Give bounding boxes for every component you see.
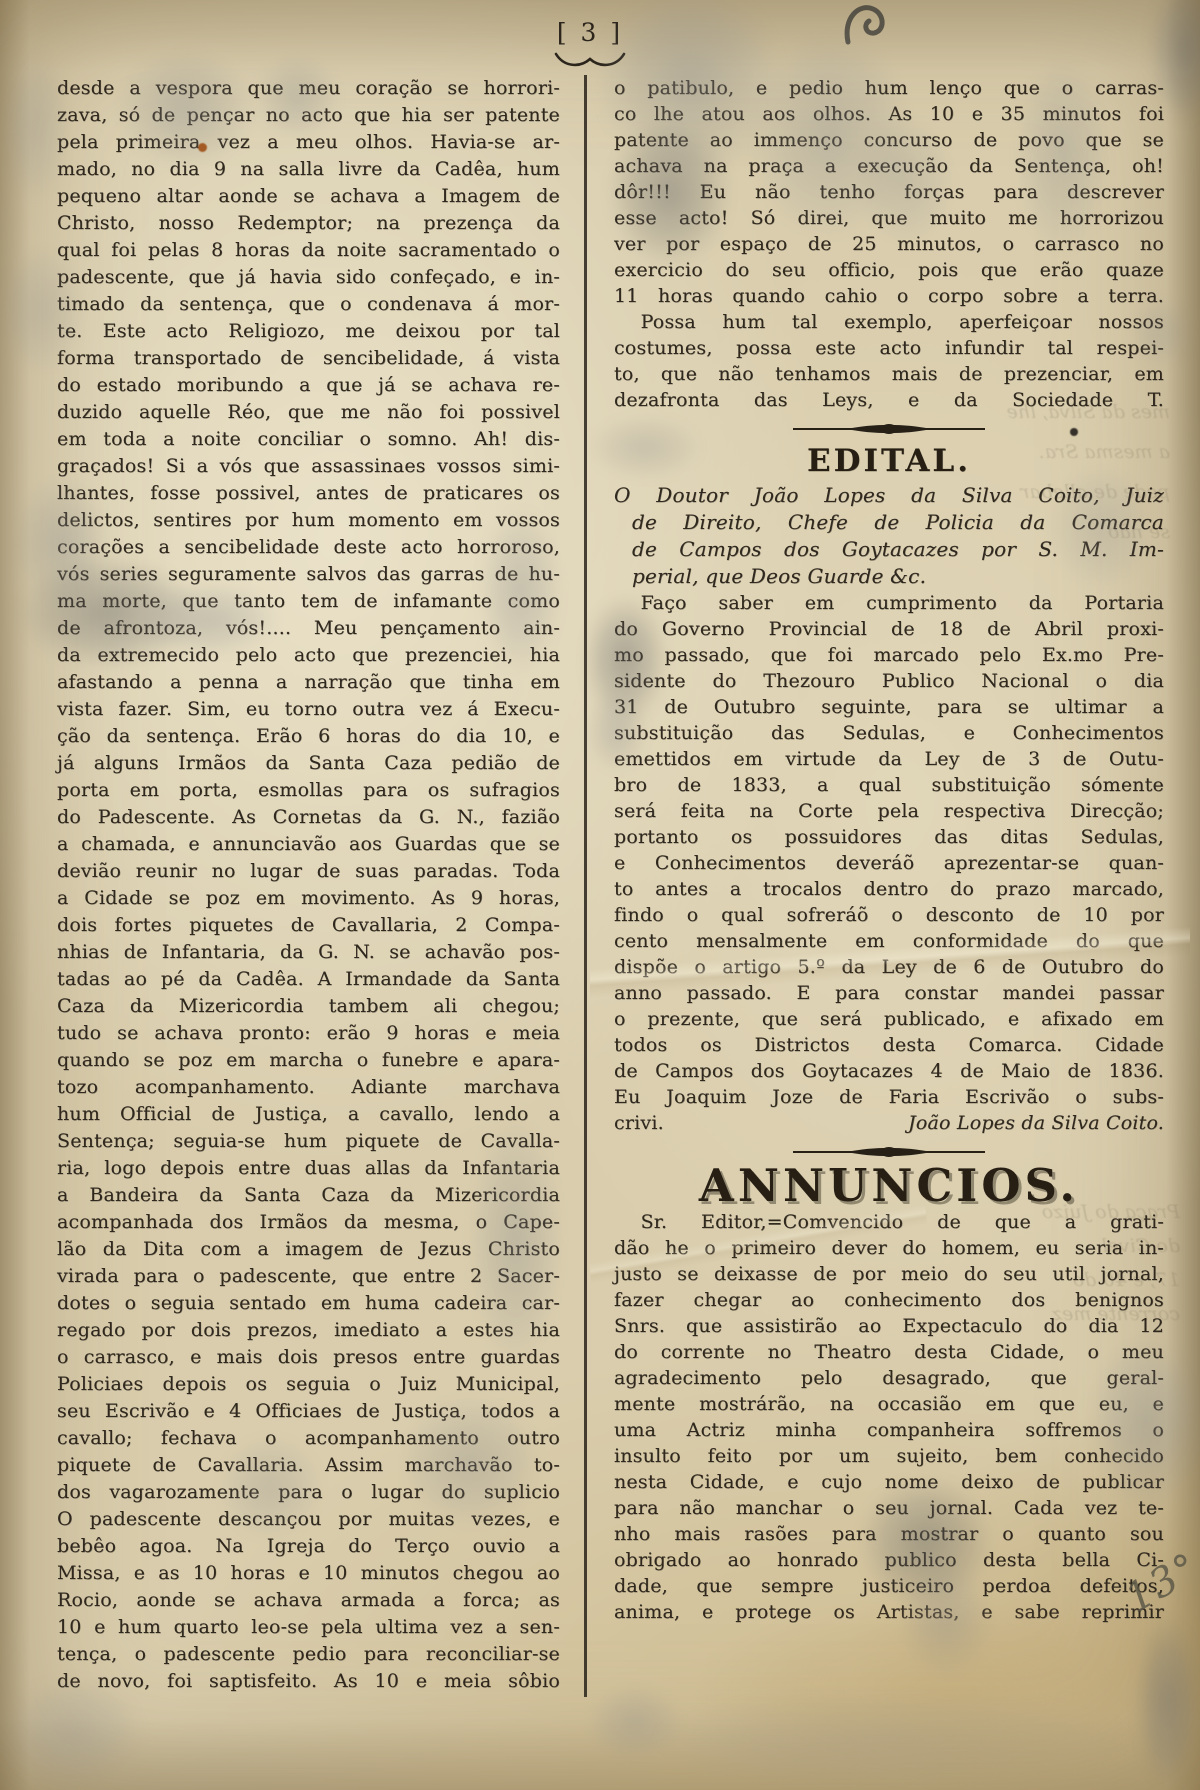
text-line: hum Official de Justiça, a cavallo, lend… (57, 1101, 560, 1128)
text-line: pela primeira vez a meu olhos. Havia-se … (57, 129, 560, 156)
text-line: cavallo; fechava o acompanhamento outro (57, 1425, 560, 1452)
heading-edital: EDITAL. (614, 448, 1164, 474)
text-line: nesta Cidade, e cujo nome deixo de publi… (614, 1469, 1164, 1495)
text-line: lhantes, fosse possivel, antes de pratic… (57, 480, 560, 507)
text-line: fazer chegar ao conhecimento dos benigno… (614, 1287, 1164, 1313)
text-line: agradecimento pelo desagrado, que geral- (614, 1365, 1164, 1391)
text-line: desde a vespora que meu coração se horro… (57, 75, 560, 102)
text-line: para não manchar o seu jornal. Cada vez … (614, 1495, 1164, 1521)
text-line: regado por dois prezos, imediato a estes… (57, 1317, 560, 1344)
text-line: duzido aquelle Réo, que me não foi possi… (57, 399, 560, 426)
text-line: substituição das Sedulas, e Conhecimento… (614, 720, 1164, 746)
text-line: corações a sencibelidade deste acto horr… (57, 534, 560, 561)
text-line: a Bandeira da Santa Caza da Mizericordia (57, 1182, 560, 1209)
text-line: dôr!!! Eu não tenho forças para descreve… (614, 179, 1164, 205)
text-line: do Padescente. As Cornetas da G. N., faz… (57, 804, 560, 831)
text-line: graçados! Si a vós que assassinaes vosso… (57, 453, 560, 480)
signature: João Lopes da Silva Coito. (908, 1110, 1164, 1136)
text-line: Sr. Editor,=Comvencido de que a grati- (614, 1209, 1164, 1235)
text-line: dezafronta das Leys, e da Sociedade T. (614, 387, 1164, 413)
text-line: findo o qual sofreráõ o desconto de 10 p… (614, 902, 1164, 928)
text-line: dade, que sempre justiceiro perdoa defei… (614, 1573, 1164, 1599)
text-line: forma transportado de sencibelidade, á v… (57, 345, 560, 372)
text-line: seu Escrivão e 4 Officiaes de Justiça, t… (57, 1398, 560, 1425)
text-line: ria, logo depois entre duas allas da Inf… (57, 1155, 560, 1182)
text-line: a chamada, e annunciavão aos Guardas que… (57, 831, 560, 858)
text-line: perial, que Deos Guarde &c. (614, 563, 1164, 590)
text-line: 31 de Outubro seguinte, para se ultimar … (614, 694, 1164, 720)
text-line: Eu Joaquim Joze de Faria Escrivão o subs… (614, 1084, 1164, 1110)
text-line: to, que não tenhamos mais de prezenciar,… (614, 361, 1164, 387)
paragraph: Faço saber em cumprimento da Portariado … (614, 590, 1164, 1136)
text-line: de Direito, Chefe de Policia da Comarca (614, 509, 1164, 536)
section-divider-ornament (789, 422, 989, 436)
text-line: e Conhecimentos deveráõ aprezentar-se qu… (614, 850, 1164, 876)
paragraph: O Doutor João Lopes da Silva Coito, Juiz… (614, 482, 1164, 590)
text-line: lão da Dita com a imagem de Jezus Christ… (57, 1236, 560, 1263)
ink-spot (1070, 428, 1078, 436)
stain (648, 1688, 1138, 1788)
heading-annuncios: ANNUNCIOS. (614, 1173, 1164, 1199)
text-line: do Governo Provincial de 18 de Abril pro… (614, 616, 1164, 642)
paragraph: o patibulo, e pedio hum lenço que o carr… (614, 75, 1164, 309)
text-line: Rocio, aonde se achava armada a forca; a… (57, 1587, 560, 1614)
text-line: zava, só de pençar no acto que hia ser p… (57, 102, 560, 129)
text-line: todos os Districtos desta Comarca. Cidad… (614, 1032, 1164, 1058)
text-line: a Cidade se poz em movimento. As 9 horas… (57, 885, 560, 912)
text-line: exercicio do seu officio, pois que erão … (614, 257, 1164, 283)
text-line: ma morte, que tanto tem de infamante com… (57, 588, 560, 615)
text-line: esse acto! Só direi, que muito me horror… (614, 205, 1164, 231)
text-line: 11 horas quando cahio o corpo sobre a te… (614, 283, 1164, 309)
text-line: portanto os possuidores das ditas Sedula… (614, 824, 1164, 850)
text-line: vós series seguramente salvos das garras… (57, 561, 560, 588)
text-line: de Campos dos Goytacazes por S. M. Im- (614, 536, 1164, 563)
text-line: dois fortes piquetes de Cavallaria, 2 Co… (57, 912, 560, 939)
text-line: Christo, nosso Redemptor; na prezença da (57, 210, 560, 237)
text-line: cento mensalmente em conformidade do que (614, 928, 1164, 954)
text-line: bro de 1833, a qual substituição sómente (614, 772, 1164, 798)
text-line: de novo, foi saptisfeito. As 10 e meia s… (57, 1668, 560, 1695)
text-line: nhias de Infantaria, da G. N. se achavão… (57, 939, 560, 966)
text-line: dos vagarozamente para o lugar do suplic… (57, 1479, 560, 1506)
text-line: uma Actriz minha companheira soffremos o (614, 1417, 1164, 1443)
column-divider-rule (584, 75, 587, 1697)
text-line: nho mais rasões para mostrar o quanto so… (614, 1521, 1164, 1547)
section-divider-ornament (789, 1145, 989, 1159)
text-line: da extremecido pelo acto que prezenciei,… (57, 642, 560, 669)
text-line: acompanhada dos Irmãos da mesma, o Cape- (57, 1209, 560, 1236)
text-line: do corrente no Theatro desta Cidade, o m… (614, 1339, 1164, 1365)
text-line: Policiaes depois os seguia o Juiz Munici… (57, 1371, 560, 1398)
text-line: já alguns Irmãos da Santa Caza pedião de (57, 750, 560, 777)
text-line: emettidos em virtude da Ley de 3 de Outu… (614, 746, 1164, 772)
left-column: desde a vespora que meu coração se horro… (57, 75, 560, 1695)
text-fragment: crivi. (614, 1110, 664, 1136)
text-line: tença, o padescente pedio para reconcili… (57, 1641, 560, 1668)
text-line: pequeno altar aonde se achava a Imagem d… (57, 183, 560, 210)
text-line: mente mostrárão, na occasião em que eu, … (614, 1391, 1164, 1417)
text-line: vista fazer. Sim, eu torno outra vez á E… (57, 696, 560, 723)
text-line: anno passado. E para constar mandei pass… (614, 980, 1164, 1006)
text-line: to antes a trocalos dentro do prazo marc… (614, 876, 1164, 902)
text-line: obrigado ao honrado publico desta bella … (614, 1547, 1164, 1573)
text-line: bebêo agoa. Na Igreja do Terço ouvio a (57, 1533, 560, 1560)
ink-squiggle (840, 0, 910, 48)
text-line: o carrasco, e mais dois presos entre gua… (57, 1344, 560, 1371)
text-line: te. Este acto Religiozo, me deixou por t… (57, 318, 560, 345)
text-line: dão he o primeiro dever do homem, eu ser… (614, 1235, 1164, 1261)
text-line: tudo se achava pronto: erão 9 horas e me… (57, 1020, 560, 1047)
text-line: mo passado, que foi marcado pelo Ex.mo P… (614, 642, 1164, 668)
text-line: tadas ao pé da Cadêa. A Irmandade da San… (57, 966, 560, 993)
newspaper-page: mes da Silva, lhea mesma Sra.pede de all… (0, 0, 1200, 1790)
text-line: qual foi pelas 8 horas da noite sacramen… (57, 237, 560, 264)
text-line: devião reunir no lugar de suas paradas. … (57, 858, 560, 885)
page-number: [ 3 ] (540, 18, 640, 47)
text-line: justo se deixasse de por meio do seu uti… (614, 1261, 1164, 1287)
stain (588, 1685, 683, 1760)
page-number-flourish (552, 50, 628, 70)
right-column: o patibulo, e pedio hum lenço que o carr… (614, 75, 1164, 1625)
text-line: delictos, sentires por hum momento em vo… (57, 507, 560, 534)
text-line: do estado moribundo a que já se achava r… (57, 372, 560, 399)
text-line: quando se poz em marcha o funebre e apar… (57, 1047, 560, 1074)
stain (1135, 1615, 1200, 1790)
text-line: insulto feito por um sujeito, bem conhec… (614, 1443, 1164, 1469)
text-line: virada para o padescente, que entre 2 Sa… (57, 1263, 560, 1290)
text-line: patente ao immenço concurso de povo que … (614, 127, 1164, 153)
text-line: 10 e hum quarto leo-se pela ultima vez a… (57, 1614, 560, 1641)
text-line: dispõe o artigo 5.º da Ley de 6 de Outub… (614, 954, 1164, 980)
text-line: o patibulo, e pedio hum lenço que o carr… (614, 75, 1164, 101)
text-line: porta em porta, esmollas para os sufragi… (57, 777, 560, 804)
text-line: mado, no dia 9 na salla livre da Cadêa, … (57, 156, 560, 183)
text-line: Snrs. que assistirão ao Expectaculo do d… (614, 1313, 1164, 1339)
paragraph: Possa hum tal exemplo, aperfeiçoar nosso… (614, 309, 1164, 413)
text-line: O Doutor João Lopes da Silva Coito, Juiz (614, 482, 1164, 509)
text-line: o prezente, que será publicado, e afixad… (614, 1006, 1164, 1032)
text-line: costumes, possa este acto infundir tal r… (614, 335, 1164, 361)
text-line: O padescente descançou por muitas vezes,… (57, 1506, 560, 1533)
text-line: Missa, e as 10 horas e 10 minutos chegou… (57, 1560, 560, 1587)
text-line: afastando a penna a narração que tinha e… (57, 669, 560, 696)
paragraph: Sr. Editor,=Comvencido de que a grati-dã… (614, 1209, 1164, 1625)
text-line: sidente do Thezouro Publico Nacional o d… (614, 668, 1164, 694)
text-line: será feita na Corte pela respectiva Dire… (614, 798, 1164, 824)
text-line: achava na praça a execução da Sentença, … (614, 153, 1164, 179)
text-line: crivi.João Lopes da Silva Coito. (614, 1110, 1164, 1136)
rust-spot (198, 143, 207, 152)
text-line: Sentença; seguia-se hum piquete de Caval… (57, 1128, 560, 1155)
text-line: anima, e protege os Artistas, e sabe rep… (614, 1599, 1164, 1625)
text-line: ção da sentença. Erão 6 horas do dia 10,… (57, 723, 560, 750)
text-line: Possa hum tal exemplo, aperfeiçoar nosso… (614, 309, 1164, 335)
text-line: de Campos dos Goytacazes 4 de Maio de 18… (614, 1058, 1164, 1084)
text-line: dotes o seguia sentado em huma cadeira c… (57, 1290, 560, 1317)
text-line: timado da sentença, que o condenava á mo… (57, 291, 560, 318)
text-line: Caza da Mizericordia tambem ali chegou; (57, 993, 560, 1020)
text-line: de afrontoza, vós!.... Meu pençamento ai… (57, 615, 560, 642)
text-line: co lhe atou aos olhos. As 10 e 35 minuto… (614, 101, 1164, 127)
text-line: tozo acompanhamento. Adiante marchava (57, 1074, 560, 1101)
text-line: ver por espaço de 25 minutos, o carrasco… (614, 231, 1164, 257)
text-line: em toda a noite conciliar o somno. Ah! d… (57, 426, 560, 453)
text-line: padescente, que já havia sido confeçado,… (57, 264, 560, 291)
text-line: piquete de Cavallaria. Assim marchavão t… (57, 1452, 560, 1479)
text-line: Faço saber em cumprimento da Portaria (614, 590, 1164, 616)
